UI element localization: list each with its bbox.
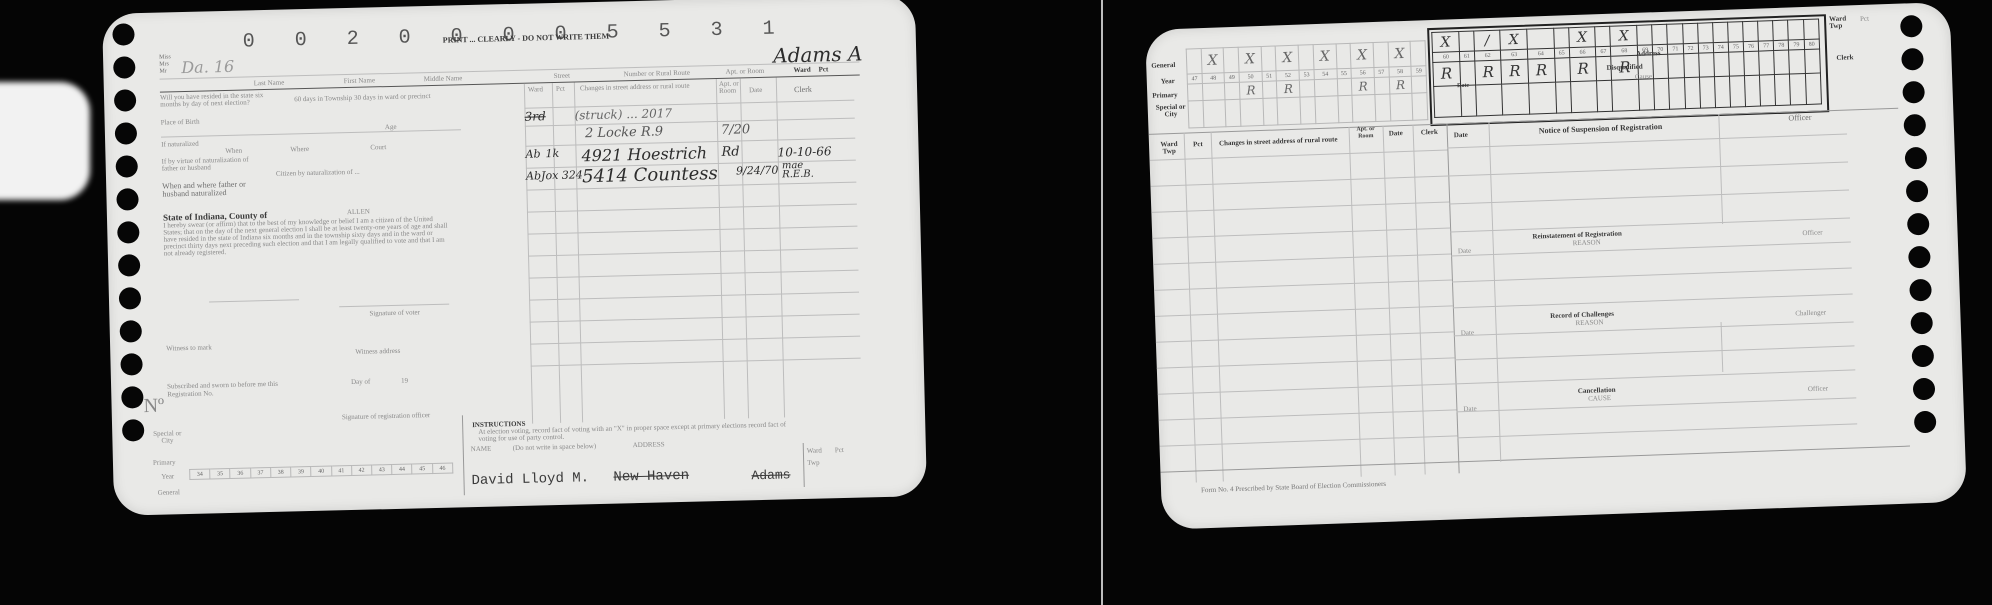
col-address: Changes in street address or rural route [580,82,690,93]
punch-hole [121,386,144,409]
punch-hole [115,122,138,145]
label-middle-name: Middle Name [424,74,463,83]
instructions-text: At election voting, record fact of votin… [478,421,798,443]
cancellation-cause: CAUSE [1588,394,1611,403]
label-father-naturalized: When and where father or husband natural… [162,180,262,198]
signature-label: Signature of voter [369,308,420,317]
suspension-officer-header: Officer [1788,113,1811,123]
punch-hole [1903,114,1926,137]
row-year: Year [1161,77,1175,85]
suspension-title: Notice of Suspension of Registration [1539,122,1663,135]
row-special-city: Special or City [1156,104,1186,119]
col-pct: Pct [556,85,565,93]
label-where: Where [290,145,309,153]
punch-hole [1914,411,1937,434]
witness-label: Witness to mark [166,343,212,352]
change-row-3-address: 4921 Hoestrich [581,143,707,165]
label-if-naturalized: If naturalized [161,140,199,149]
row-general: General [1151,61,1175,70]
punch-hole [119,287,142,310]
col-clerk: Clerk [794,85,812,94]
punch-hole [119,320,142,343]
label-name: NAME [471,445,492,454]
name-handwritten: Da. 16 [181,57,234,77]
label-ward-days: 30 days in ward or precinct [354,92,431,102]
col-apt-room: Apt. or Room [1354,126,1378,141]
punch-hole [117,221,140,244]
row-year: Year [161,472,174,480]
punch-hole [114,89,137,112]
punch-hole [1907,213,1930,236]
col-date: Date [749,86,762,94]
change-row-4-pct: Jox 324 [541,168,583,182]
punch-hole [1908,246,1931,269]
registration-card-back: General Year Primary Special or City X X… [1145,2,1967,530]
punch-hole [1906,180,1929,203]
row-special-city: Special or City [152,430,182,445]
change-row-3-apt: Rd [721,144,739,159]
label-place-of-birth: Place of Birth [161,118,200,127]
scanner-glare [0,82,90,200]
challenges-reason: REASON [1575,318,1603,327]
punch-hole [113,56,136,79]
residence-question: Will you have resided in the state six m… [160,92,270,109]
reinstatement-reason: REASON [1573,238,1601,247]
change-row-4-clerk: mae R.E.B. [782,161,812,180]
day-label: Day of [351,378,370,386]
change-row-3-clerk: 10-10-66 [777,144,831,159]
form-footer: Form No. 4 Prescribed by State Board of … [1201,480,1386,494]
punch-hole [1900,15,1923,38]
punch-hole [116,188,139,211]
col-ward-twp: Ward Twp [1157,141,1181,156]
corner-ward-twp: Ward Twp [1829,15,1849,30]
year-grid-47-59: X X X X X X 47 48 49 50 51 52 53 54 55 5… [1186,40,1429,128]
corner-pct: Pct [1860,15,1869,23]
year-grid-front: 34 35 36 37 38 39 40 41 42 43 44 45 46 [189,463,453,480]
number-symbol: Nº [143,395,164,418]
corner-clerk: Clerk [1836,53,1853,62]
label-pct: Pct [818,65,828,73]
overlay-date: Date [1457,83,1469,89]
punch-hole [1901,48,1924,71]
label-last-name: Last Name [254,79,285,88]
col-date: Date [1389,129,1403,137]
punch-hole [120,353,143,376]
suspension-date-header: Date [1454,131,1468,139]
label-ward: Ward [793,66,810,74]
label-first-name: First Name [344,76,375,85]
frame-divider [1101,0,1103,605]
label-number-route: Number or Rural Route [624,69,690,79]
punch-hole [1911,345,1934,368]
change-row-2-date: 7/20 [721,122,751,138]
reinstatement-officer-header: Officer [1802,228,1822,237]
change-row-2-address: 2 Locke R.9 [585,124,663,141]
row-general: General [158,488,180,497]
year-label: 19 [401,377,408,385]
label-bottom-twp: Twp [807,459,820,467]
label-street: Street [554,72,571,80]
change-row-3-ward: Ab [525,147,540,160]
row-primary: Primary [153,458,176,467]
label-address: ADDRESS [633,440,665,449]
col-address: Changes in street address of rural route [1219,135,1338,147]
cancellation-officer-header: Officer [1808,384,1828,393]
punch-hole [1905,147,1928,170]
change-row-1-ward: 3rd [524,109,545,124]
challenges-challenger-header: Challenger [1795,308,1826,317]
col-ward: Ward [528,85,543,93]
col-pct: Pct [1193,140,1203,148]
change-row-4-ward: Ab [526,169,541,182]
col-apt: Apt. or Room [719,80,739,94]
change-row-4-date: 9/24/70 [736,164,779,178]
typed-voter-township: Adams [751,467,790,483]
title-labels: Miss Mrs Mr [159,54,171,75]
typed-voter-name: David Lloyd M. [471,470,589,489]
registration-officer-label: Signature of registration officer [342,411,430,421]
label-bottom-ward: Ward [807,447,822,455]
change-row-3-pct: 1k [545,147,559,160]
punch-hole [1902,81,1925,104]
overlay-address: Address [1636,49,1661,58]
label-apt-room: Apt. or Room [726,67,765,76]
punch-hole [1909,279,1932,302]
label-township-days: 60 days in Township [294,94,352,103]
punch-hole [1910,312,1933,335]
label-when: When [225,147,242,155]
registration-card-front: 0 0 2 0 0 0 0 5 5 3 1 PRINT ... CLEARLY … [102,0,927,516]
subscribed-label: Subscribed and sworn to before me this [167,380,278,391]
label-do-not-write: (Do not write in space below) [513,442,597,452]
label-father-naturalization: If by virtue of naturalization of father… [162,156,262,172]
punch-hole [115,155,138,178]
punch-hole [122,419,145,442]
label-bottom-pct: Pct [835,446,844,454]
typed-voter-address: New Haven [613,468,689,486]
overlay-cause: Cause [1635,72,1652,81]
registration-label: Registration No. [167,389,213,398]
oath-county: ALLEN [347,208,370,217]
label-citizen-by: Citizen by naturalization of ... [276,168,360,178]
row-primary: Primary [1152,91,1178,100]
witness-address-label: Witness address [355,347,400,356]
punch-hole [1913,378,1936,401]
punch-hole [118,254,141,277]
overlay-disqualified: Disqualified [1606,63,1642,72]
col-clerk: Clerk [1421,128,1438,137]
change-row-4-address: 5414 Countess [582,163,718,187]
label-court: Court [370,143,386,151]
punch-hole [112,23,135,46]
oath-text: I hereby swear (or affirm) that to the b… [163,215,454,257]
change-row-1-address: (struck) ... 2017 [574,106,672,122]
